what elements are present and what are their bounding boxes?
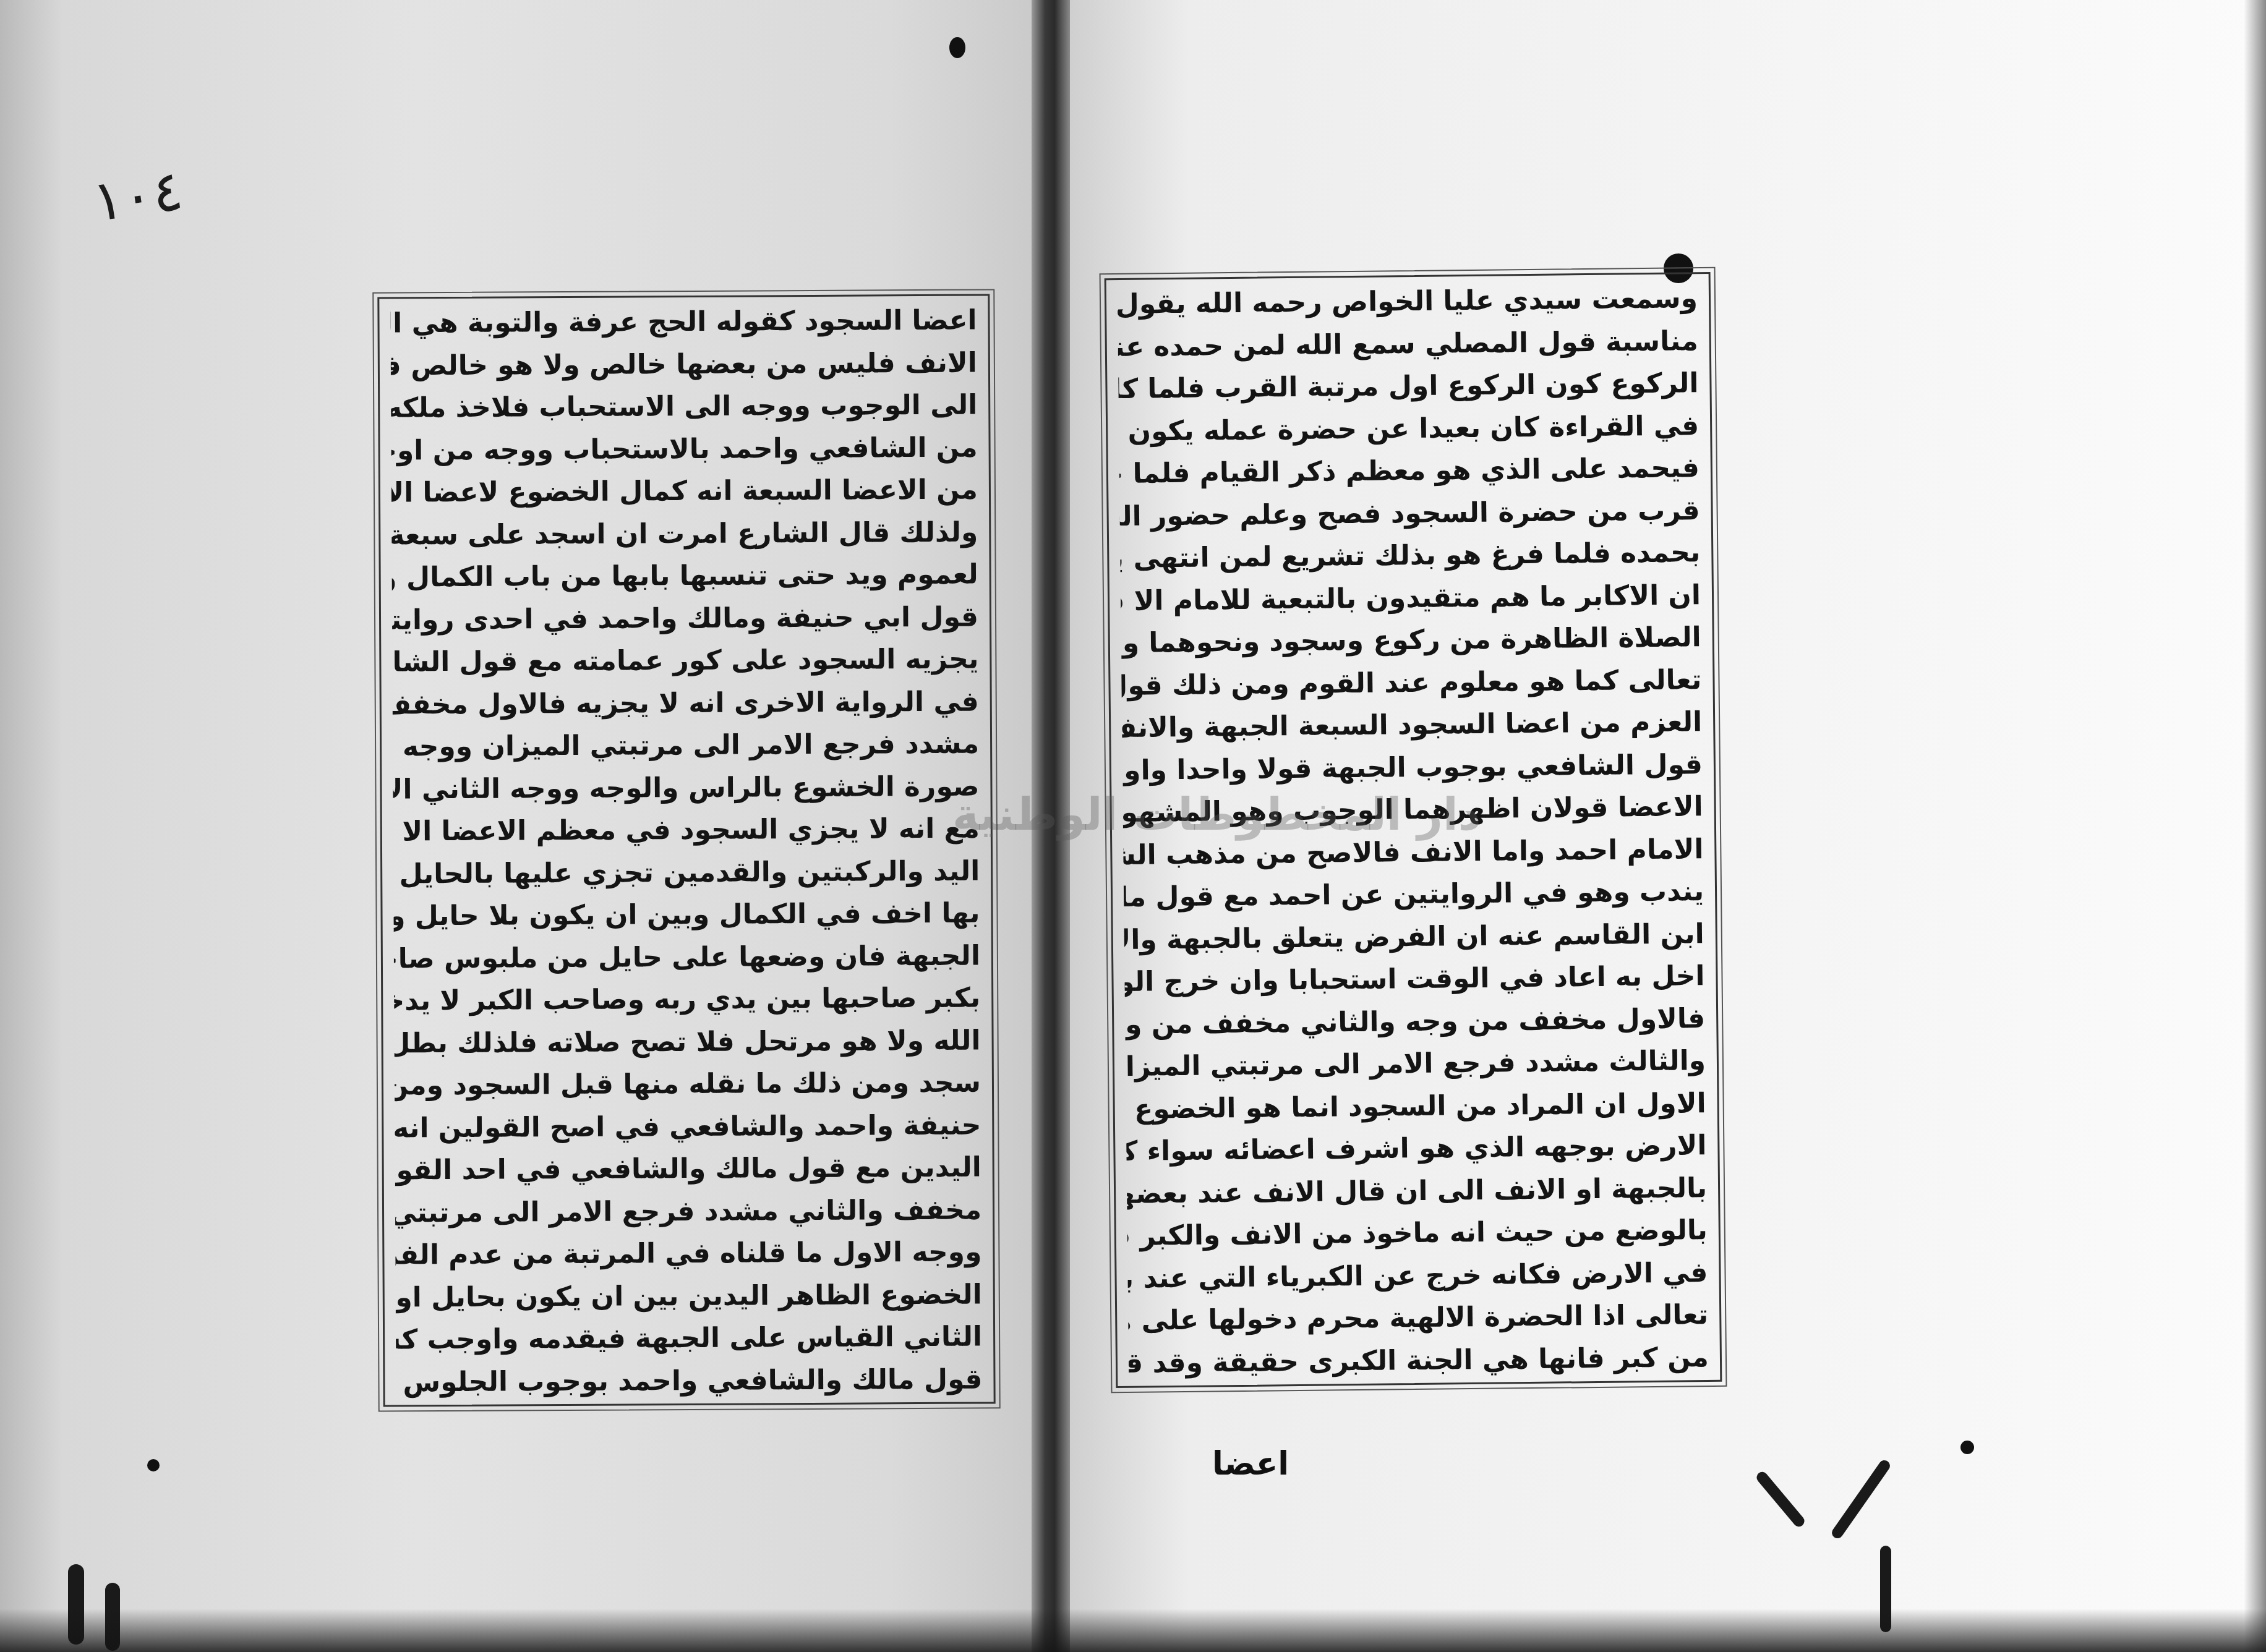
archive-watermark: دار المخطوطات الوطنية [952,788,1481,840]
text-line: الاول ان المراد من السجود انما هو الخضوع… [1126,1083,1706,1131]
text-line: العزم من اعضا السجود السبعة الجبهة والان… [1122,701,1703,749]
text-line: يجزيه السجود على كور عمامته مع قول الشاف… [392,639,978,684]
text-line: الانف فليس من بعضها خالص ولا هو خالص فكا… [391,342,977,387]
text-line: الثاني القياس على الجبهة فيقدمه واوجب كش… [396,1316,982,1361]
text-line: مع انه لا يجزي السجود في معظم الاعضا الا… [393,808,980,853]
catchword: اعضا [1212,1445,1289,1483]
text-line: ان الاكابر ما هم متقيدون بالتبعية للامام… [1121,574,1701,623]
text-line: الجبهة فان وضعها على حايل من ملبوس صاحبه… [394,935,980,980]
text-line: الخضوع الظاهر اليدين بين ان يكون بحايل ا… [396,1274,982,1319]
ink-stain-top-center [949,37,965,58]
text-line: يندب وهو في الروايتين عن احمد مع قول مال… [1124,871,1704,919]
page-edge-shadow [2244,0,2266,1652]
text-line: اعضا السجود كقوله الحج عرفة والتوبة هي ا… [390,300,977,345]
text-line: ووجه الاول ما قلناه في المرتبة من عدم ال… [395,1232,981,1277]
bottom-edge-shadow [0,1609,2266,1652]
text-line: سجد ومن ذلك ما نقله منها قبل السجود ومن … [395,1062,981,1107]
text-line: قول الشافعي بوجوب الجبهة قولا واحدا واول… [1122,744,1703,792]
text-line: في الارض فكانه خرج عن الكبرياء التي عند … [1127,1252,1708,1300]
text-line: وسمعت سيدي عليا الخواص رحمه الله يقول وج… [1118,278,1698,326]
text-line: حنيفة واحمد والشافعي في اصح القولين انه … [395,1104,981,1149]
text-line: فالاول مخفف من وجه والثاني مخفف من وجه ا… [1125,998,1706,1046]
ink-stain-right-margin [1960,1441,1974,1454]
text-line: مناسبة قول المصلي سمع الله لمن حمده عند … [1118,320,1698,368]
text-line: ولذلك قال الشارع امرت ان اسجد على سبعة ا… [391,511,978,556]
text-line: بالجبهة او الانف الى ان قال الانف عند بع… [1127,1167,1708,1216]
text-line: فيحمد على الذي هو معظم ذكر القيام فلما خ… [1119,447,1700,495]
text-line: مخفف والثاني مشدد فرجع الامر الى مرتبتي … [395,1189,981,1234]
text-line: بها اخف في الكمال وبين ان يكون بلا حايل … [393,893,980,938]
text-line: لعموم ويد حتى تنسبها بابها من باب الكمال… [392,554,978,599]
text-line: الارض بوجهه الذي هو اشرف اعضائه سواء كان… [1126,1125,1707,1173]
text-line: في الرواية الاخرى انه لا يجزيه فالاول مخ… [393,681,979,726]
text-line: الله ولا هو مرتحل فلا تصح صلاته فلذلك بط… [394,1020,980,1065]
text-line: اليدين مع قول مالك والشافعي في احد القول… [395,1147,981,1192]
text-line: من الاعضا السبعة انه كمال الخضوع لاعضا ا… [391,469,978,514]
text-line: بكبر صاحبها بين يدي ربه وصاحب الكبر لا ي… [394,977,980,1023]
text-line: اليد والركبتين والقدمين تجزي عليها بالحا… [393,850,980,895]
text-line: بحمده فلما فرغ هو بذلك تشريع لمن انتهى ي… [1120,532,1701,580]
text-line: من كبر فانها هي الجنة الكبرى حقيقة وقد ق… [1129,1337,1709,1385]
text-line: مشدد فرجع الامر الى مرتبتي الميزان ووجه … [393,723,979,769]
text-line: بالوضع من حيث انه ماخوذ من الانف والكبر … [1127,1209,1708,1258]
text-line: الركوع كون الركوع اول مرتبة القرب فلما ك… [1118,362,1699,411]
text-line: ابن القاسم عنه ان الفرض يتعلق بالجبهة وا… [1124,913,1704,961]
text-line: الى الوجوب ووجه الى الاستحباب فلاخذ ملكه… [391,385,977,430]
text-line: في القراءة كان بعيدا عن حضرة عمله يكون ا… [1119,405,1699,453]
text-line: تعالى اذا الحضرة الالهية محرم دخولها على… [1128,1294,1709,1342]
text-line: اخل به اعاد في الوقت استحبابا وان خرج ال… [1124,955,1705,1003]
text-line: والثالث مشدد فرجع الامر الى مرتبتي الميز… [1126,1040,1706,1088]
ink-stain-left-margin [147,1459,160,1471]
left-page-text-block: اعضا السجود كقوله الحج عرفة والتوبة هي ا… [377,294,995,1407]
text-line: قول ابي حنيفة ومالك واحمد في احدى روايتي… [392,596,978,641]
folio-number: ١٠٤ [88,158,186,234]
manuscript-scan: ١٠٤ اعضا السجود كقوله الحج عرفة والتوبة … [0,0,2266,1652]
text-line: قرب من حضرة السجود فصح وعلم حضور الحق تع… [1119,490,1700,538]
text-line: من الشافعي واحمد بالاستحباب ووجه من اوجب… [391,427,977,472]
text-line: صورة الخشوع بالراس والوجه ووجه الثاني ال… [393,765,979,811]
text-line: قول مالك والشافعي واحمد بوجوب الجلوس بين… [396,1358,982,1403]
text-line: تعالى كما هو معلوم عند القوم ومن ذلك قول… [1121,659,1702,707]
text-line: الصلاة الظاهرة من ركوع وسجود ونحوهما ووض… [1121,616,1701,665]
